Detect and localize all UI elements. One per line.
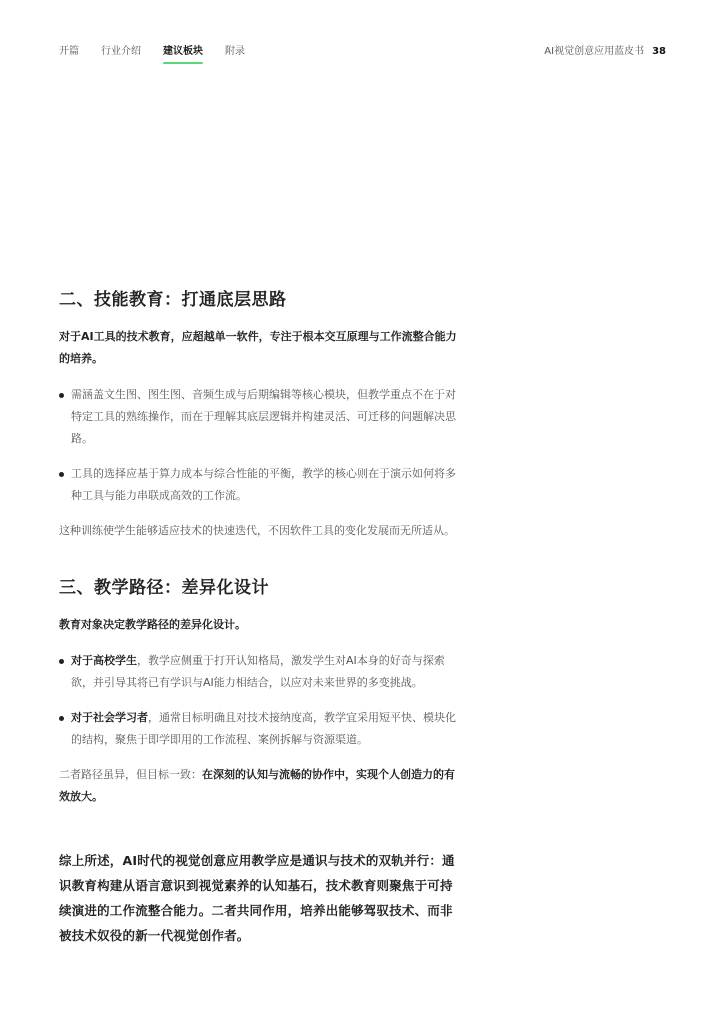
section-skills-education: 二、技能教育：打通底层思路 对于AI工具的技术教育，应超越单一软件，专注于根本交… bbox=[59, 288, 459, 542]
list-item-bold: 对于高校学生 bbox=[71, 654, 137, 667]
closing-plain: 二者路径虽异，但目标一致： bbox=[59, 768, 202, 781]
list-item: 对于高校学生，教学应侧重于打开认知格局，激发学生对AI本身的好奇与探索欲，并引导… bbox=[59, 650, 459, 694]
section-lead: 对于AI工具的技术教育，应超越单一软件，专注于根本交互原理与工作流整合能力的培养… bbox=[59, 326, 459, 370]
summary-paragraph: 综上所述，AI时代的视觉创意应用教学应是通识与技术的双轨并行：通识教育构建从语言… bbox=[59, 848, 459, 948]
section-lead: 教育对象决定教学路径的差异化设计。 bbox=[59, 614, 459, 636]
section-closing: 这种训练使学生能够适应技术的快速迭代，不因软件工具的变化发展而无所适从。 bbox=[59, 520, 459, 542]
list-item: 工具的选择应基于算力成本与综合性能的平衡，教学的核心则在于演示如何将多种工具与能… bbox=[59, 463, 459, 507]
section-heading: 三、教学路径：差异化设计 bbox=[59, 576, 459, 600]
main-content: 二、技能教育：打通底层思路 对于AI工具的技术教育，应超越单一软件，专注于根本交… bbox=[59, 288, 459, 948]
page-header: AI视觉创意应用蓝皮书 38 bbox=[544, 45, 666, 59]
nav-item-suggestions[interactable]: 建议板块 bbox=[163, 45, 203, 59]
bullet-list: 需涵盖文生图、图生图、音频生成与后期编辑等核心模块，但教学重点不在于对特定工具的… bbox=[59, 384, 459, 507]
nav-item-appendix[interactable]: 附录 bbox=[225, 45, 245, 59]
list-item: 需涵盖文生图、图生图、音频生成与后期编辑等核心模块，但教学重点不在于对特定工具的… bbox=[59, 384, 459, 450]
list-item-bold: 对于社会学习者 bbox=[71, 711, 148, 724]
section-heading: 二、技能教育：打通底层思路 bbox=[59, 288, 459, 312]
list-item: 对于社会学习者，通常目标明确且对技术接纳度高，教学宜采用短平快、模块化的结构，聚… bbox=[59, 707, 459, 751]
section-closing: 二者路径虽异，但目标一致：在深刻的认知与流畅的协作中，实现个人创造力的有效放大。 bbox=[59, 764, 459, 808]
section-teaching-path: 三、教学路径：差异化设计 教育对象决定教学路径的差异化设计。 对于高校学生，教学… bbox=[59, 576, 459, 808]
top-navigation: 开篇 行业介绍 建议板块 附录 bbox=[59, 45, 267, 59]
bullet-list: 对于高校学生，教学应侧重于打开认知格局，激发学生对AI本身的好奇与探索欲，并引导… bbox=[59, 650, 459, 751]
page-number: 38 bbox=[652, 45, 666, 59]
nav-item-opening[interactable]: 开篇 bbox=[59, 45, 79, 59]
book-title: AI视觉创意应用蓝皮书 bbox=[544, 45, 644, 59]
nav-item-industry-intro[interactable]: 行业介绍 bbox=[101, 45, 141, 59]
